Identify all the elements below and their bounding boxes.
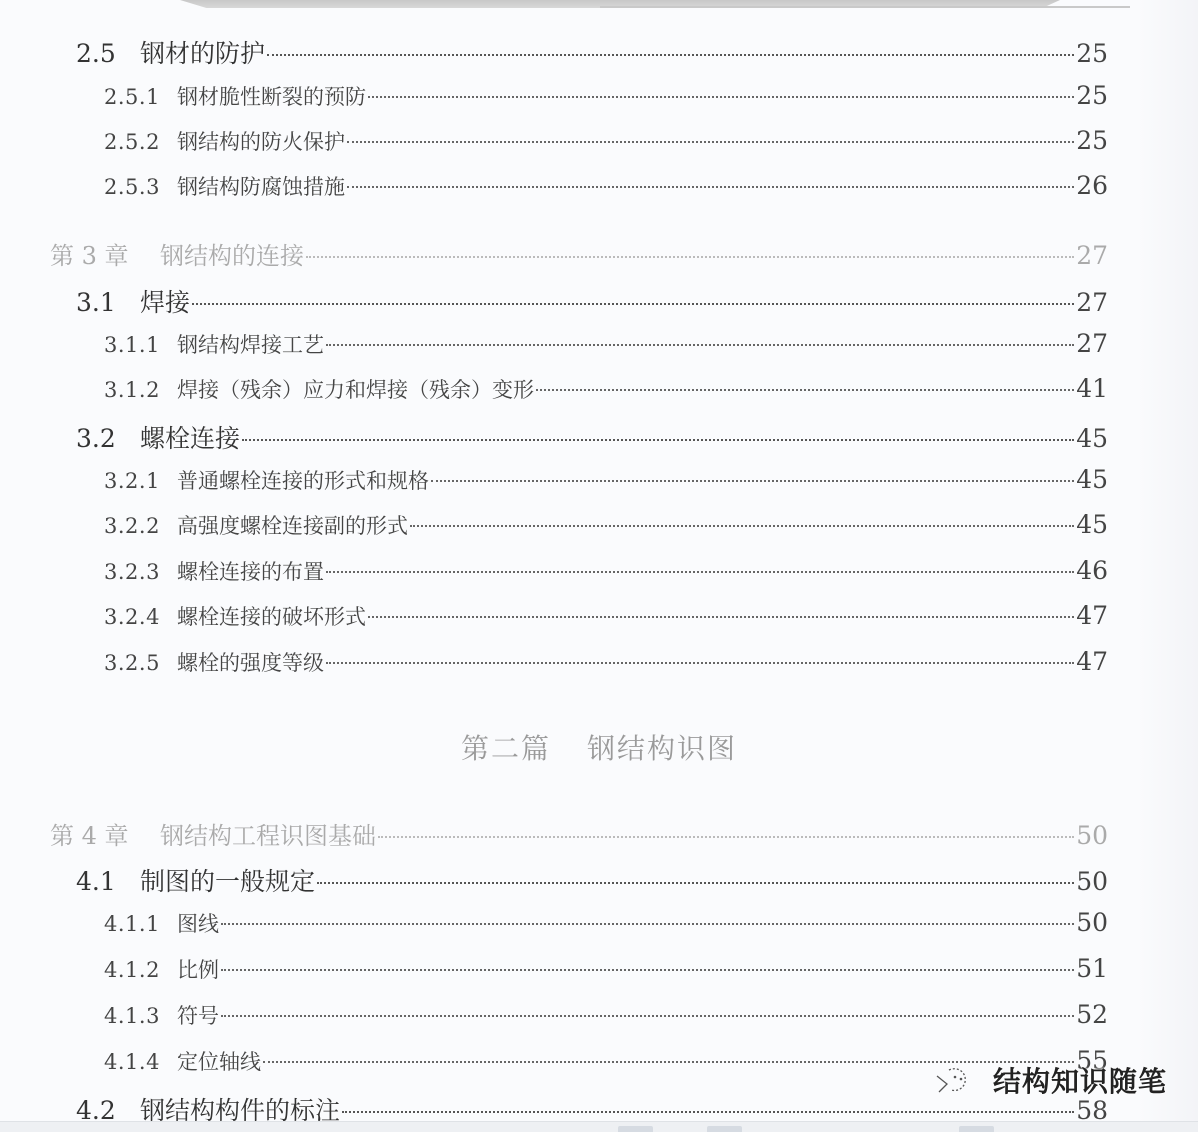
- toc-entry-number: 第 4 章: [50, 816, 160, 851]
- dot-leader: [347, 141, 1074, 143]
- toc-entry-number: 2.5.3: [104, 175, 177, 199]
- toc-entry-title: 符号: [177, 1000, 219, 1030]
- toc-entry-chapter[interactable]: 第 4 章钢结构工程识图基础50: [50, 816, 1108, 851]
- dot-leader: [342, 1111, 1074, 1113]
- dot-leader: [317, 882, 1074, 884]
- toc-entry-page: 47: [1076, 601, 1108, 630]
- toc-entry-sub[interactable]: 3.1.2焊接（残余）应力和焊接（残余）变形41: [104, 374, 1108, 404]
- toc-entry-sub[interactable]: 2.5.3钢结构防腐蚀措施26: [104, 171, 1108, 201]
- toc-entry-section[interactable]: 3.1焊接27: [76, 283, 1108, 319]
- toc-entry-page: 27: [1076, 241, 1108, 270]
- toc-entry-title: 钢结构的防火保护: [177, 126, 345, 156]
- dot-leader: [326, 662, 1074, 664]
- toc-entry-sub[interactable]: 4.1.3符号52: [104, 1000, 1108, 1030]
- toc-entry-sub[interactable]: 4.1.2比例51: [104, 954, 1108, 984]
- toc-entry-number: 4.1.3: [104, 1004, 177, 1028]
- toc-entry-page: 50: [1076, 867, 1108, 896]
- toc-entry-sub[interactable]: 3.2.5螺栓的强度等级47: [104, 647, 1108, 677]
- watermark: 结构知识随笔: [935, 1060, 1167, 1100]
- dot-leader: [192, 303, 1074, 305]
- dot-leader: [267, 54, 1074, 56]
- toc-entry-title: 螺栓的强度等级: [177, 647, 324, 677]
- toc-entry-page: 45: [1076, 510, 1108, 539]
- toc-entry-number: 3.2.2: [104, 514, 177, 538]
- toc-entry-title: 高强度螺栓连接副的形式: [177, 510, 408, 540]
- toc-entry-page: 27: [1076, 288, 1108, 317]
- dot-leader: [536, 389, 1074, 391]
- toc-entry-number: 第 3 章: [50, 236, 160, 271]
- toc-entry-number: 3.2.3: [104, 560, 177, 584]
- toc-entry-sub[interactable]: 3.1.1钢结构焊接工艺27: [104, 329, 1108, 359]
- part-heading: 第二篇钢结构识图: [0, 727, 1198, 767]
- toc-entry-title: 图线: [177, 908, 219, 938]
- toc-entry-sub[interactable]: 2.5.2钢结构的防火保护25: [104, 126, 1108, 156]
- toc-entry-title: 普通螺栓连接的形式和规格: [177, 465, 429, 495]
- toc-entry-number: 4.1.2: [104, 958, 177, 982]
- toc-entry-title: 钢材的防护: [140, 34, 265, 70]
- toc-entry-number: 3.1: [76, 288, 140, 317]
- toc-entry-page: 27: [1076, 329, 1108, 358]
- watermark-text: 结构知识随笔: [993, 1060, 1167, 1100]
- toc-entry-title: 螺栓连接的破坏形式: [177, 601, 366, 631]
- bottom-tab[interactable]: [618, 1126, 653, 1132]
- dot-leader: [378, 836, 1074, 838]
- part-label: 第二篇: [461, 732, 551, 765]
- toc-entry-page: 52: [1076, 1000, 1108, 1029]
- toc-entry-page: 26: [1076, 171, 1108, 200]
- toc-entry-number: 3.2.1: [104, 469, 177, 493]
- toc-entry-title: 钢材脆性断裂的预防: [177, 81, 366, 111]
- page-right-edge: [1138, 0, 1198, 1132]
- dot-leader: [431, 480, 1074, 482]
- dot-leader: [221, 1015, 1074, 1017]
- toc-entry-title: 钢结构工程识图基础: [160, 816, 376, 851]
- toc-entry-title: 焊接: [140, 283, 190, 319]
- toc-entry-title: 钢结构防腐蚀措施: [177, 171, 345, 201]
- toc-entry-number: 2.5: [76, 39, 140, 68]
- toc-entry-section[interactable]: 2.5钢材的防护25: [76, 34, 1108, 70]
- viewer-bottom-bar: [0, 1121, 1198, 1132]
- toc-entry-page: 25: [1076, 126, 1108, 155]
- toc-entry-section[interactable]: 3.2螺栓连接45: [76, 419, 1108, 455]
- toc-entry-page: 51: [1076, 954, 1108, 983]
- toc-entry-page: 46: [1076, 556, 1108, 585]
- dot-leader: [326, 344, 1074, 346]
- toc-entry-sub[interactable]: 3.2.3螺栓连接的布置46: [104, 556, 1108, 586]
- toc-entry-page: 47: [1076, 647, 1108, 676]
- toc-entry-number: 2.5.1: [104, 85, 177, 109]
- toc-entry-page: 25: [1076, 39, 1108, 68]
- toc-entry-page: 41: [1076, 374, 1108, 403]
- bottom-tab[interactable]: [707, 1126, 742, 1132]
- toc-entry-title: 定位轴线: [177, 1046, 261, 1076]
- toc-entry-number: 3.2: [76, 424, 140, 453]
- toc-entry-sub[interactable]: 3.2.4螺栓连接的破坏形式47: [104, 601, 1108, 631]
- toc-entry-sub[interactable]: 3.2.2高强度螺栓连接副的形式45: [104, 510, 1108, 540]
- toc-entry-title: 钢结构的连接: [160, 236, 304, 271]
- toc-entry-chapter[interactable]: 第 3 章钢结构的连接27: [50, 236, 1108, 271]
- dot-leader: [326, 571, 1074, 573]
- toc-entry-page: 45: [1076, 465, 1108, 494]
- toc-entry-title: 螺栓连接的布置: [177, 556, 324, 586]
- toc-entry-sub[interactable]: 3.2.1普通螺栓连接的形式和规格45: [104, 465, 1108, 495]
- toc-entry-number: 3.1.2: [104, 378, 177, 402]
- toc-entry-number: 4.1: [76, 867, 140, 896]
- toc-entry-number: 3.2.5: [104, 651, 177, 675]
- dot-leader: [221, 923, 1074, 925]
- toc-entry-section[interactable]: 4.1制图的一般规定50: [76, 862, 1108, 898]
- part-title: 钢结构识图: [587, 732, 737, 765]
- dot-leader: [221, 969, 1074, 971]
- toc-entry-title: 焊接（残余）应力和焊接（残余）变形: [177, 374, 534, 404]
- toc-entry-sub[interactable]: 2.5.1钢材脆性断裂的预防25: [104, 81, 1108, 111]
- dot-leader: [306, 256, 1074, 258]
- dot-leader: [368, 616, 1074, 618]
- wechat-logo-icon: [935, 1062, 975, 1098]
- toc-entry-number: 4.1.1: [104, 912, 177, 936]
- toc-entry-number: 4.1.4: [104, 1050, 177, 1074]
- toc-entry-number: 3.2.4: [104, 605, 177, 629]
- toc-entry-sub[interactable]: 4.1.1图线50: [104, 908, 1108, 938]
- dot-leader: [410, 525, 1074, 527]
- toc-entry-page: 50: [1076, 908, 1108, 937]
- page-edge-line: [600, 6, 1130, 8]
- bottom-tab[interactable]: [959, 1126, 994, 1132]
- toc-entry-title: 钢结构焊接工艺: [177, 329, 324, 359]
- toc-entry-page: 45: [1076, 424, 1108, 453]
- toc-entry-title: 制图的一般规定: [140, 862, 315, 898]
- dot-leader: [242, 439, 1074, 441]
- toc-entry-number: 3.1.1: [104, 333, 177, 357]
- toc-entry-title: 比例: [177, 954, 219, 984]
- toc-entry-title: 螺栓连接: [140, 419, 240, 455]
- toc-entry-page: 25: [1076, 81, 1108, 110]
- dot-leader: [347, 186, 1074, 188]
- dot-leader: [368, 96, 1074, 98]
- toc-entry-number: 2.5.2: [104, 130, 177, 154]
- toc-entry-page: 50: [1076, 821, 1108, 850]
